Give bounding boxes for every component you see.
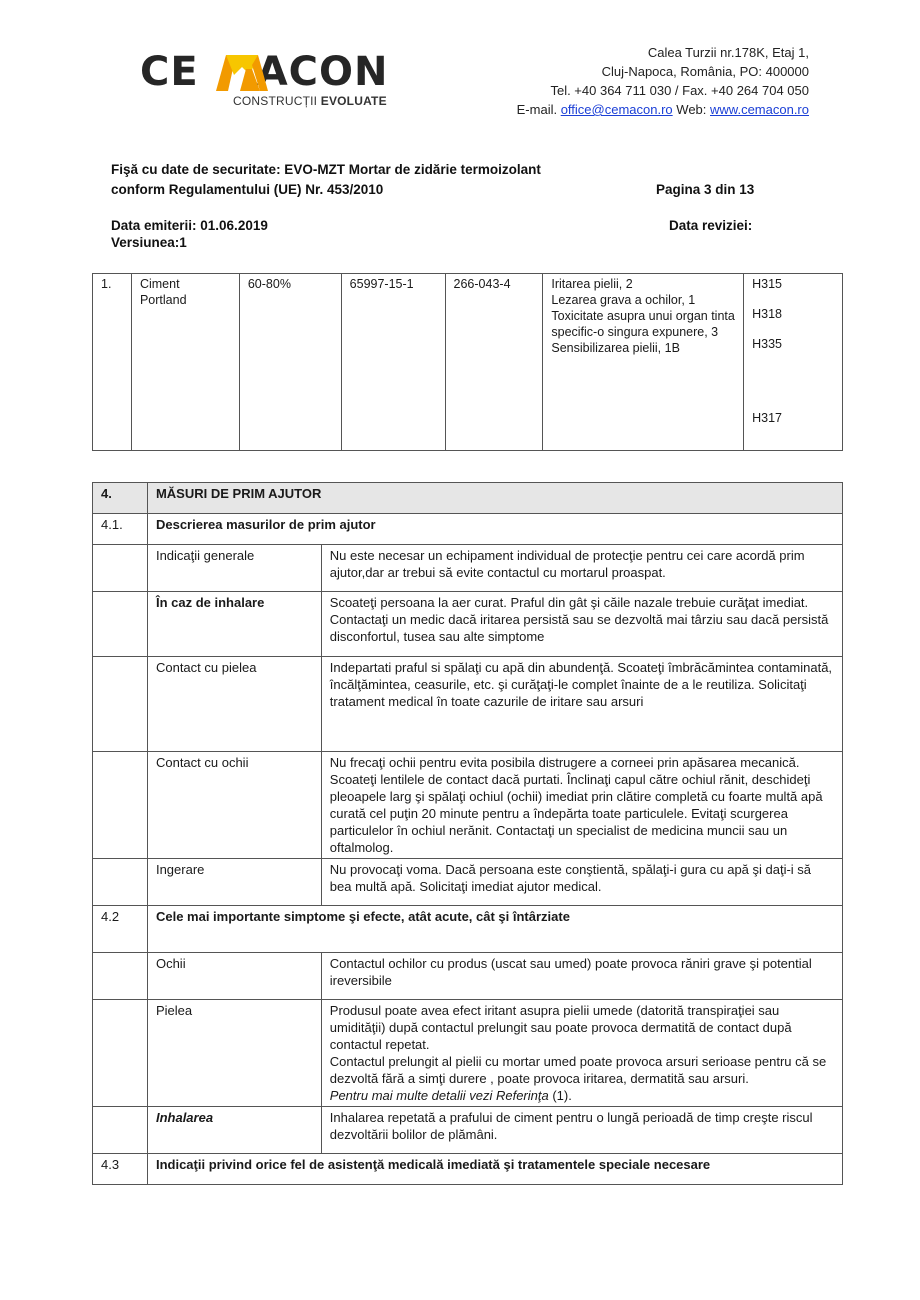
ec-number: 266-043-4: [445, 274, 543, 451]
table-row: Inhalarea Inhalarea repetată a prafului …: [93, 1107, 843, 1154]
address-line: Calea Turzii nr.178K, Etaj 1,: [517, 43, 809, 62]
table-row: 1. CimentPortland 60-80% 65997-15-1 266-…: [93, 274, 843, 451]
phone-fax-line: Tel. +40 364 711 030 / Fax. +40 264 704 …: [517, 81, 809, 100]
tagline-bold: EVOLUATE: [321, 94, 387, 108]
reference-italic: Pentru mai multe detalii vezi Referinţa: [330, 1088, 549, 1103]
row-label: Contact cu ochii: [147, 752, 321, 859]
substance-name-line: Portland: [140, 292, 231, 308]
substance-name-line: Ciment: [140, 276, 231, 292]
section-title: MĂSURI DE PRIM AJUTOR: [147, 483, 842, 514]
table-row: Ochii Contactul ochilor cu produs (uscat…: [93, 953, 843, 1000]
row-text: Nu provocaţi voma. Dacă persoana este co…: [321, 859, 842, 906]
h-code: H315: [752, 276, 834, 292]
empty-cell: [93, 545, 148, 592]
classification-item: Sensibilizarea pielii, 1B: [551, 340, 735, 356]
logo-tagline: CONSTRUCȚII EVOLUATE: [233, 94, 387, 108]
row-text: Produsul poate avea efect iritant asupra…: [321, 1000, 842, 1107]
contact-line: E-mail. office@cemacon.ro Web: www.cemac…: [517, 100, 809, 119]
classification-item: Lezarea grava a ochilor, 1: [551, 292, 735, 308]
reference-number: (1).: [549, 1088, 572, 1103]
classification-item: Iritarea pielii, 2: [551, 276, 735, 292]
row-text: Nu este necesar un echipament individual…: [321, 545, 842, 592]
row-label: Ochii: [147, 953, 321, 1000]
company-address: Calea Turzii nr.178K, Etaj 1, Cluj-Napoc…: [517, 43, 809, 119]
composition-table: 1. CimentPortland 60-80% 65997-15-1 266-…: [92, 273, 843, 451]
h-code: H317: [752, 410, 834, 426]
hazard-statements: H315 H318 H335 H317: [744, 274, 843, 451]
address-line: Cluj-Napoca, România, PO: 400000: [517, 62, 809, 81]
version: Versiunea:1: [111, 235, 187, 250]
first-aid-table: 4. MĂSURI DE PRIM AJUTOR 4.1. Descrierea…: [92, 482, 843, 1185]
row-label: Inhalarea: [147, 1107, 321, 1154]
web-label: Web:: [673, 102, 710, 117]
page-number: Pagina 3 din 13: [656, 182, 754, 197]
row-text: Nu frecaţi ochii pentru evita posibila d…: [321, 752, 842, 859]
section-number: 4.: [93, 483, 148, 514]
empty-cell: [93, 953, 148, 1000]
subsection-number: 4.3: [93, 1154, 148, 1185]
table-row: În caz de inhalare Scoateţi persoana la …: [93, 592, 843, 657]
classification: Iritarea pielii, 2 Lezarea grava a ochil…: [543, 274, 744, 451]
subsection-number: 4.1.: [93, 514, 148, 545]
subsection-row: 4.2 Cele mai importante simptome şi efec…: [93, 906, 843, 953]
empty-cell: [93, 752, 148, 859]
table-row: Contact cu ochii Nu frecaţi ochii pentru…: [93, 752, 843, 859]
table-row: Indicaţii generale Nu este necesar un ec…: [93, 545, 843, 592]
cemacon-logo: CEACON CONSTRUCȚII EVOLUATE: [140, 52, 390, 112]
row-number: 1.: [93, 274, 132, 451]
email-label: E-mail.: [517, 102, 561, 117]
subsection-row: 4.3 Indicaţii privind orice fel de asist…: [93, 1154, 843, 1185]
paragraph: Contactul prelungit al pielii cu mortar …: [330, 1053, 834, 1087]
paragraph: Produsul poate avea efect iritant asupra…: [330, 1002, 834, 1053]
cas-number: 65997-15-1: [341, 274, 445, 451]
row-label: Ingerare: [147, 859, 321, 906]
subsection-title: Descrierea masurilor de prim ajutor: [147, 514, 842, 545]
empty-cell: [93, 1107, 148, 1154]
concentration: 60-80%: [239, 274, 341, 451]
h-code: H335: [752, 336, 834, 352]
table-row: Pielea Produsul poate avea efect iritant…: [93, 1000, 843, 1107]
document-title-line2: conform Regulamentului (UE) Nr. 453/2010: [111, 182, 383, 197]
row-text: Inhalarea repetată a prafului de ciment …: [321, 1107, 842, 1154]
subsection-title: Indicaţii privind orice fel de asistenţă…: [147, 1154, 842, 1185]
row-text: Indepartati praful si spălaţi cu apă din…: [321, 657, 842, 752]
logo-text-left: CE: [140, 49, 199, 95]
row-label: Pielea: [147, 1000, 321, 1107]
empty-cell: [93, 657, 148, 752]
subsection-title: Cele mai importante simptome şi efecte, …: [147, 906, 842, 953]
logo-text-right: ACON: [257, 49, 389, 95]
row-text: Scoateţi persoana la aer curat. Praful d…: [321, 592, 842, 657]
section-header-row: 4. MĂSURI DE PRIM AJUTOR: [93, 483, 843, 514]
empty-cell: [93, 592, 148, 657]
table-row: Contact cu pielea Indepartati praful si …: [93, 657, 843, 752]
row-label: Indicaţii generale: [147, 545, 321, 592]
h-code: H318: [752, 306, 834, 322]
row-text: Contactul ochilor cu produs (uscat sau u…: [321, 953, 842, 1000]
email-link[interactable]: office@cemacon.ro: [561, 102, 673, 117]
web-link[interactable]: www.cemacon.ro: [710, 102, 809, 117]
issue-date: Data emiterii: 01.06.2019: [111, 218, 268, 233]
reference-line: Pentru mai multe detalii vezi Referinţa …: [330, 1087, 834, 1104]
row-label: Contact cu pielea: [147, 657, 321, 752]
substance-name: CimentPortland: [131, 274, 239, 451]
tagline-regular: CONSTRUCȚII: [233, 94, 321, 108]
table-row: Ingerare Nu provocaţi voma. Dacă persoan…: [93, 859, 843, 906]
subsection-number: 4.2: [93, 906, 148, 953]
empty-cell: [93, 1000, 148, 1107]
classification-item: Toxicitate asupra unui organ tinta speci…: [551, 308, 735, 340]
logo-m-mark-icon: [216, 55, 268, 91]
row-label: În caz de inhalare: [147, 592, 321, 657]
subsection-row: 4.1. Descrierea masurilor de prim ajutor: [93, 514, 843, 545]
document-title-line1: Fişă cu date de securitate: EVO-MZT Mort…: [111, 162, 541, 177]
revision-date: Data reviziei:: [669, 218, 752, 233]
empty-cell: [93, 859, 148, 906]
